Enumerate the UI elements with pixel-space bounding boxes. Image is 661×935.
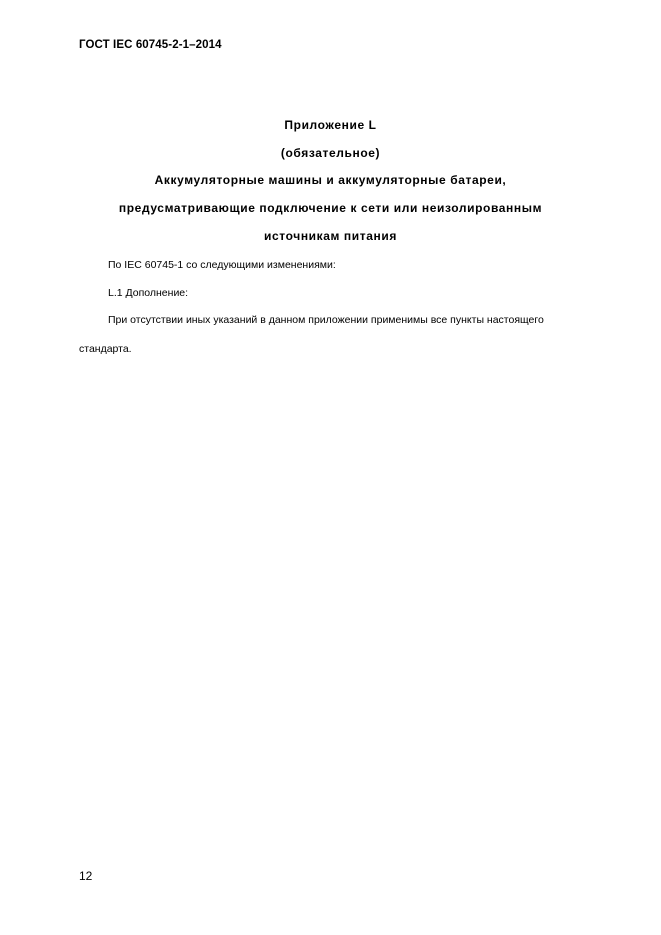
annex-status: (обязательное) bbox=[0, 146, 661, 160]
page-number: 12 bbox=[79, 869, 92, 883]
document-header-id: ГОСТ IEC 60745-2-1–2014 bbox=[79, 39, 222, 51]
paragraph-applicability-line-2: стандарта. bbox=[79, 343, 132, 355]
annex-heading-line-1: Аккумуляторные машины и аккумуляторные б… bbox=[0, 173, 661, 187]
paragraph-clause-l1: L.1 Дополнение: bbox=[108, 287, 188, 299]
paragraph-applicability-line-1: При отсутствии иных указаний в данном пр… bbox=[108, 314, 544, 326]
annex-title: Приложение L bbox=[0, 118, 661, 132]
annex-heading-line-3: источникам питания bbox=[0, 229, 661, 243]
paragraph-reference: По IEC 60745-1 со следующими изменениями… bbox=[108, 259, 336, 271]
annex-heading-line-2: предусматривающие подключение к сети или… bbox=[0, 201, 661, 215]
